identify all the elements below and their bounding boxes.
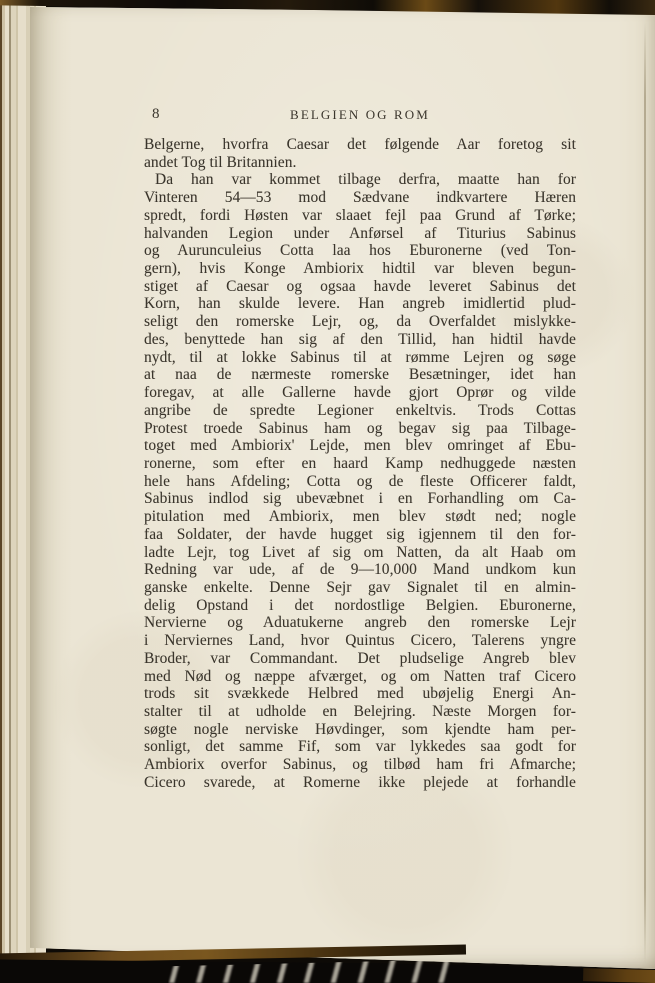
running-head-row: 8 BELGIEN OG ROM	[144, 106, 576, 123]
book-cover-corner-right	[583, 968, 655, 983]
text-line: Ambiorix overfor Sabinus, og tilbød ham …	[144, 756, 576, 774]
text-line: stalter til at udholde en Belejring. Næs…	[144, 703, 576, 721]
text-line: at naa de nærmeste romerske Besætninger,…	[144, 366, 576, 384]
text-line: Sabinus indlod sig ubevæbnet i en Forhan…	[144, 490, 576, 508]
text-line: halvanden Legion under Anførsel af Titur…	[144, 225, 576, 243]
text-line: toget med Ambiorix' Lejde, men blev omri…	[144, 437, 576, 455]
printed-content: 8 BELGIEN OG ROM Belgerne, hvorfra Caesa…	[144, 106, 576, 792]
text-line: Da han var kommet tilbage derfra, maatte…	[144, 171, 576, 189]
text-line: i Nerviernes Land, hvor Quintus Cicero, …	[144, 632, 576, 650]
body-text: Belgerne, hvorfra Caesar det følgende Aa…	[144, 136, 576, 792]
text-line: delig Opstand i det nordostlige Belgien.…	[144, 597, 576, 615]
text-line: Broder, var Commandant. Det pludselige A…	[144, 650, 576, 668]
text-line: ronerne, som efter en haard Kamp nedhugg…	[144, 455, 576, 473]
page-edge-right-crease	[644, 22, 646, 963]
text-line: sonligt, det samme Fif, som var lykkedes…	[144, 738, 576, 756]
text-line: Nervierne og Aduatukerne angreb den rome…	[144, 614, 576, 632]
text-line: ladte Lejr, tog Livet af sig om Natten, …	[144, 544, 576, 562]
text-line: ganske enkelte. Denne Sejr gav Signalet …	[144, 579, 576, 597]
text-line: med Nød og næppe afværget, og om Natten …	[144, 668, 576, 686]
text-line: angribe de spredte Legioner enkeltvis. T…	[144, 402, 576, 420]
text-line: seligt den romerske Lejr, og, da Overfal…	[144, 313, 576, 331]
text-line: trods sit svækkede Helbred med ubøjelig …	[144, 685, 576, 703]
text-line: og Aurunculeius Cotta laa hos Eburonerne…	[144, 242, 576, 260]
text-line: andet Tog til Britannien.	[144, 154, 576, 172]
book-photo: 8 BELGIEN OG ROM Belgerne, hvorfra Caesa…	[0, 0, 655, 983]
text-line: Vinteren 54—53 mod Sædvane indkvartere H…	[144, 189, 576, 207]
text-line: Protest troede Sabinus ham og begav sig …	[144, 420, 576, 438]
text-line: Korn, han skulde levere. Han angreb imid…	[144, 295, 576, 313]
text-line: søgte nogle nerviske Høvdinger, som kjen…	[144, 721, 576, 739]
text-line: des, benyttede han sig af den Tillid, ha…	[144, 331, 576, 349]
text-line: faa Soldater, der havde hugget sig igjen…	[144, 526, 576, 544]
text-line: pitulation med Ambiorix, men blev stødt …	[144, 508, 576, 526]
running-header: BELGIEN OG ROM	[144, 107, 576, 123]
text-line: Cicero svarede, at Romerne ikke plejede …	[144, 774, 576, 792]
text-line: nydt, til at lokke Sabinus til at rømme …	[144, 349, 576, 367]
text-line: spredt, fordi Høsten var slaaet fejl paa…	[144, 207, 576, 225]
text-line: Belgerne, hvorfra Caesar det følgende Aa…	[144, 136, 576, 154]
text-line: stiget af Caesar og ogsaa havde leveret …	[144, 278, 576, 296]
text-line: foregav, at alle Gallerne havde gjort Op…	[144, 384, 576, 402]
text-line: Redning var ude, af de 9—10,000 Mand und…	[144, 561, 576, 579]
text-line: hele hans Afdeling; Cotta og de fleste O…	[144, 473, 576, 491]
text-line: gern), hvis Konge Ambiorix hidtil var bl…	[144, 260, 576, 278]
